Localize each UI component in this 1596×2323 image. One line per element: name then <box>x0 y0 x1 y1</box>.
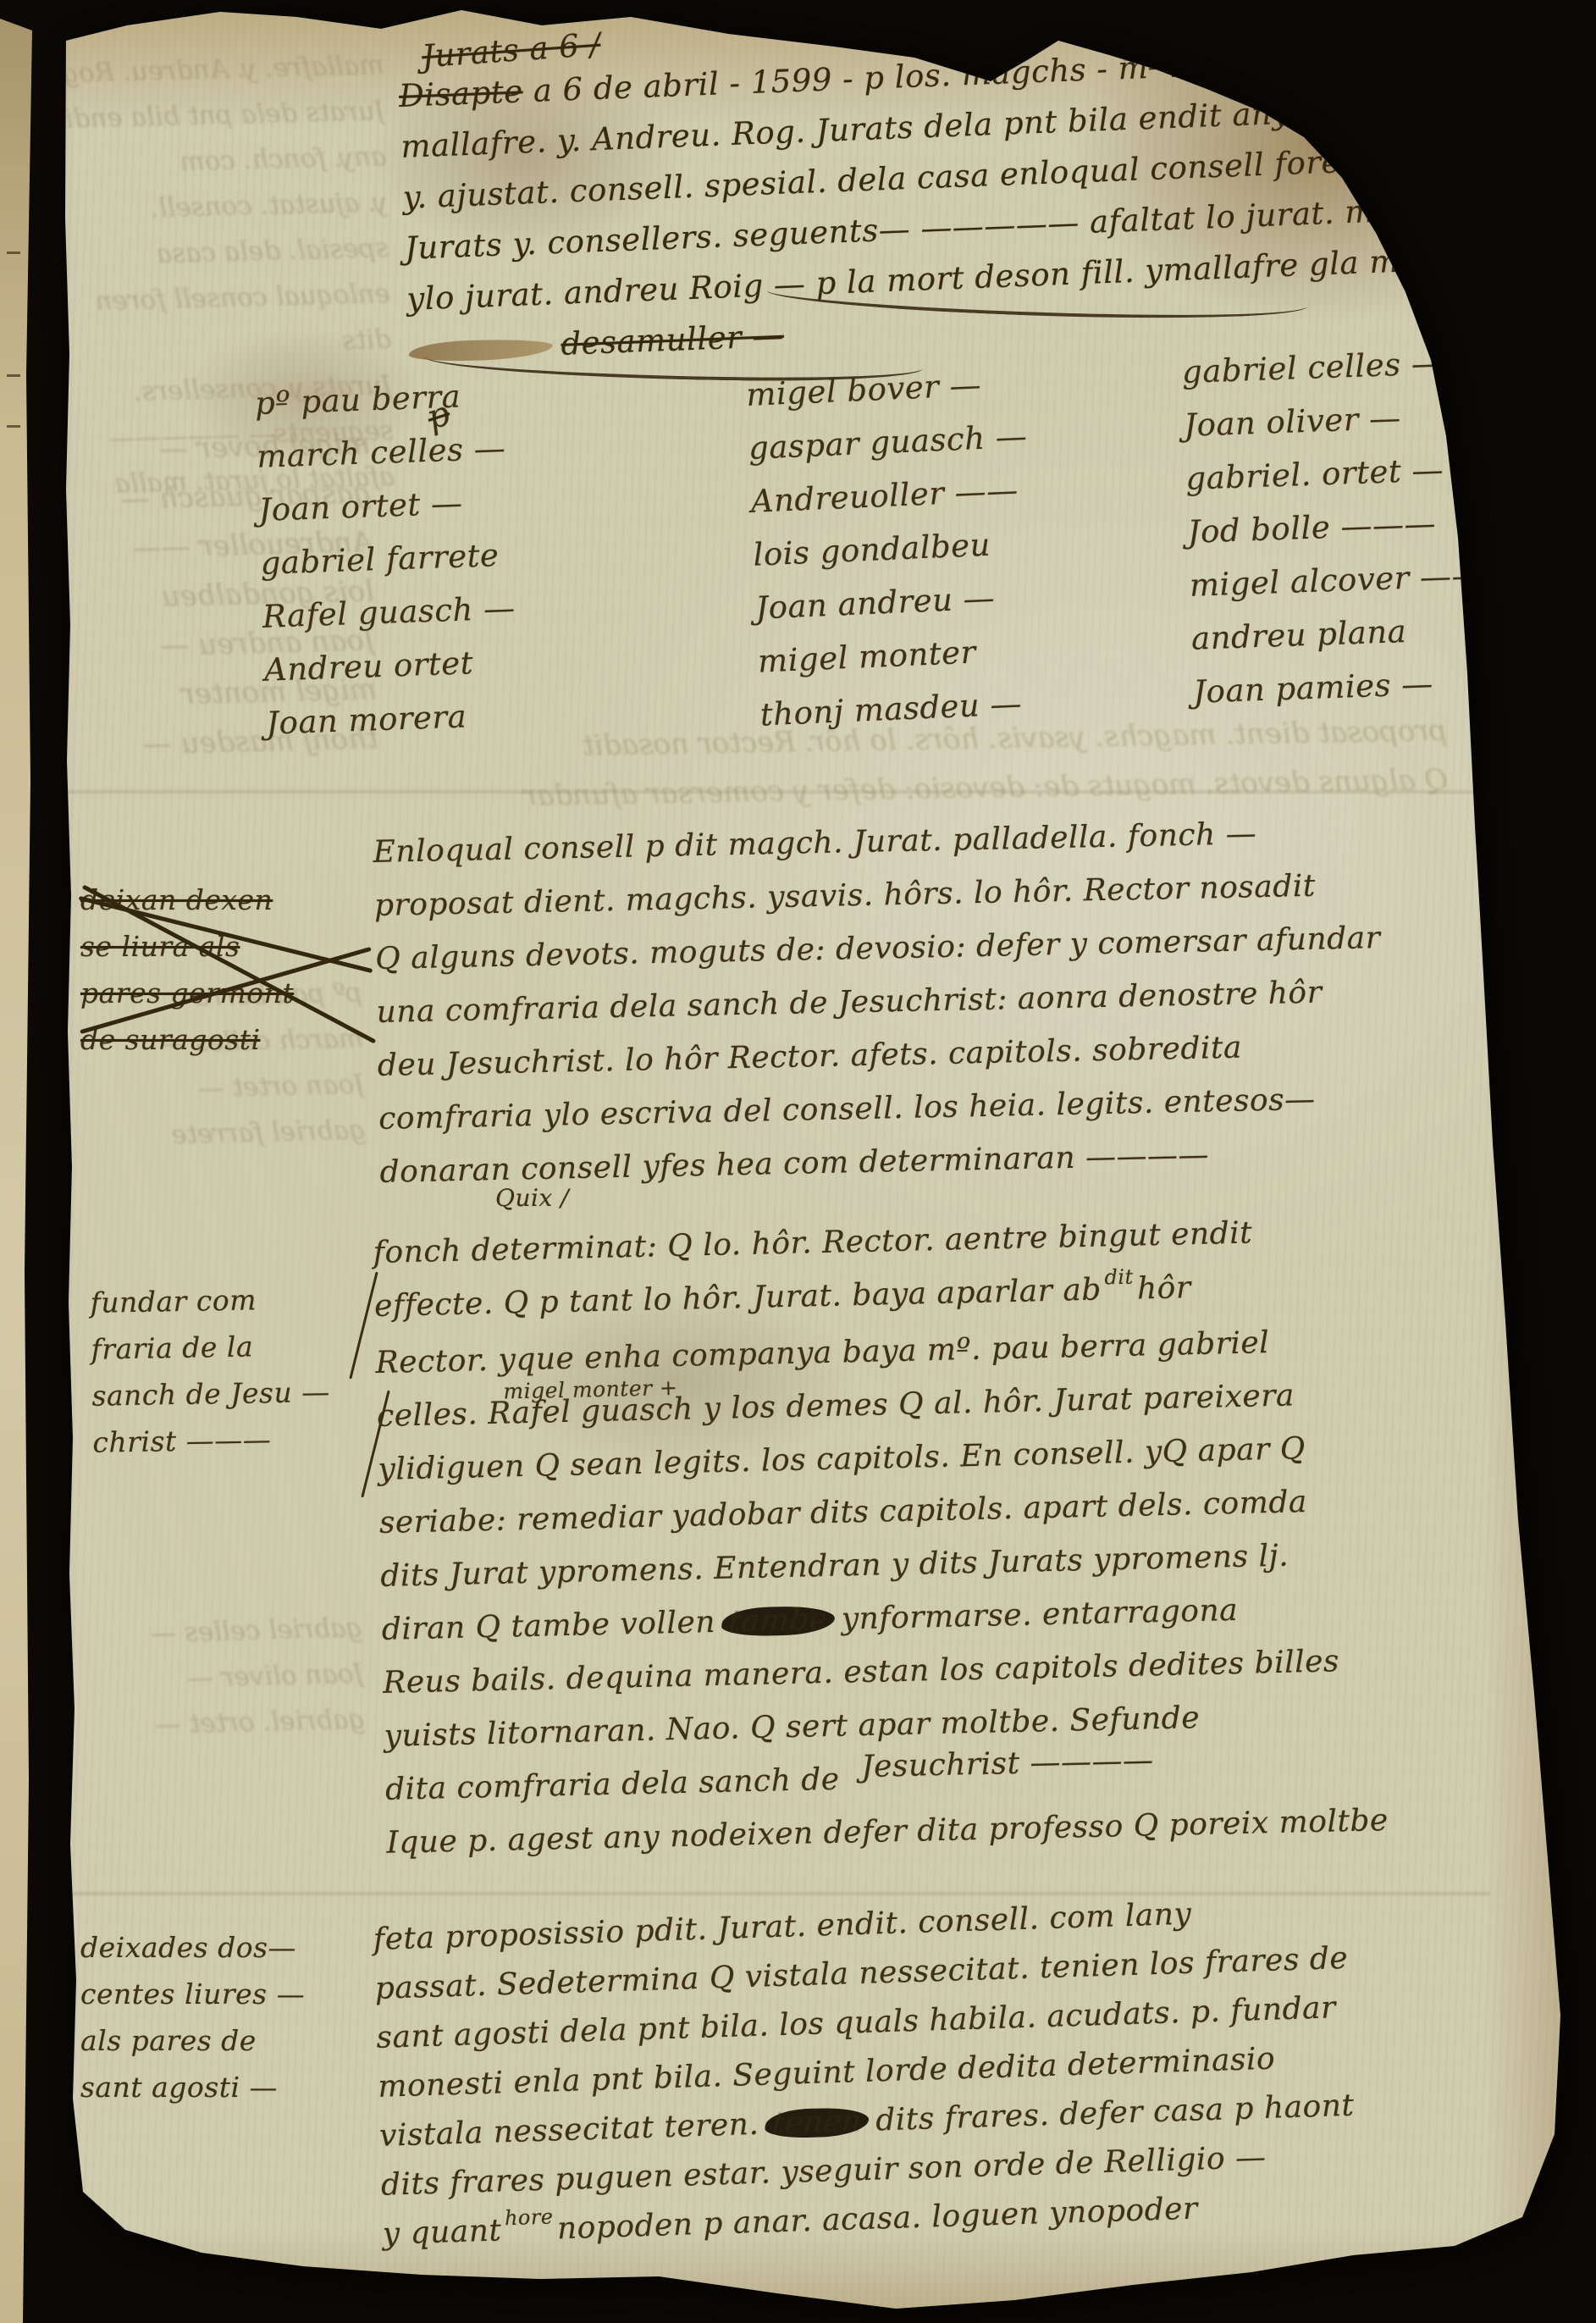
interlinear-word: Quix / <box>495 1184 569 1212</box>
attendee-name: Joan ortet — <box>257 474 512 536</box>
attendee-column-3: gabriel celles — Joan oliver — gabriel. … <box>1181 335 1488 719</box>
bleed-through-text: gabriel celles —Joan oliver — gabriel. o… <box>49 1605 366 1751</box>
heading-block: Disapte a 6 de abril - 1599 - p los. mag… <box>398 29 1515 376</box>
interlinear-word: dit <box>1104 1265 1134 1290</box>
raised-word: Jesuchrist ———— <box>861 1743 1154 1784</box>
interlinear-insertion: migel monter + <box>503 1361 678 1419</box>
margin-note-deliberation-2: deixades dos— centes liures — als pares … <box>80 1924 360 2110</box>
margin-note-struck: deixan dexen se liura als pares germont … <box>80 877 368 1063</box>
attendee-name: gabriel farrete <box>260 528 515 589</box>
attendee-name: Rafel guasch — <box>262 581 516 643</box>
margin-note-resolution: fundar com fraria de la sanch de Jesu — … <box>90 1275 364 1466</box>
deliberation-paragraph-2: feta proposissio pdit. Jurat. endit. con… <box>373 1885 1358 2262</box>
attendee-column-1: pº pau berra march celles — Joan ortet —… <box>254 368 520 750</box>
attendee-name: march celles — <box>256 422 511 484</box>
attendee-name: gabriel celles — <box>1181 335 1477 399</box>
struck-word: Disapte <box>398 73 523 114</box>
attendee-name: pº pau berra <box>254 368 509 430</box>
attendee-name: Andreu ortet <box>263 634 518 696</box>
attendee-name: gabriel. ortet — <box>1185 442 1480 506</box>
attendee-name: Joan morera <box>265 688 520 749</box>
attendee-column-2: migel bover — gaspar guasch — Andreuolle… <box>745 357 1040 742</box>
deliberation-paragraph-1: Enloqual consell p dit magch. Jurat. pal… <box>373 805 1385 1199</box>
ink-blot-cross-out: tenen <box>764 2107 870 2139</box>
interlinear-word: hore <box>505 2204 554 2230</box>
attendee-name: Joan pamies — <box>1192 655 1488 719</box>
attendee-name: migel alcover —— <box>1189 549 1484 612</box>
manuscript-scan: mallafre. y. Andreu. Rog. Jurats dela pn… <box>0 0 1596 2323</box>
manuscript-page: mallafre. y. Andreu. Rog. Jurats dela pn… <box>0 0 1596 2323</box>
ink-blot-cross-out: tambe <box>721 1606 837 1637</box>
page-shadow: mallafre. y. Andreu. Rog. Jurats dela pn… <box>0 0 1596 2323</box>
resolution-paragraph: fonch determinat: Q lo. hôr. Rector. aen… <box>373 1203 1389 1870</box>
